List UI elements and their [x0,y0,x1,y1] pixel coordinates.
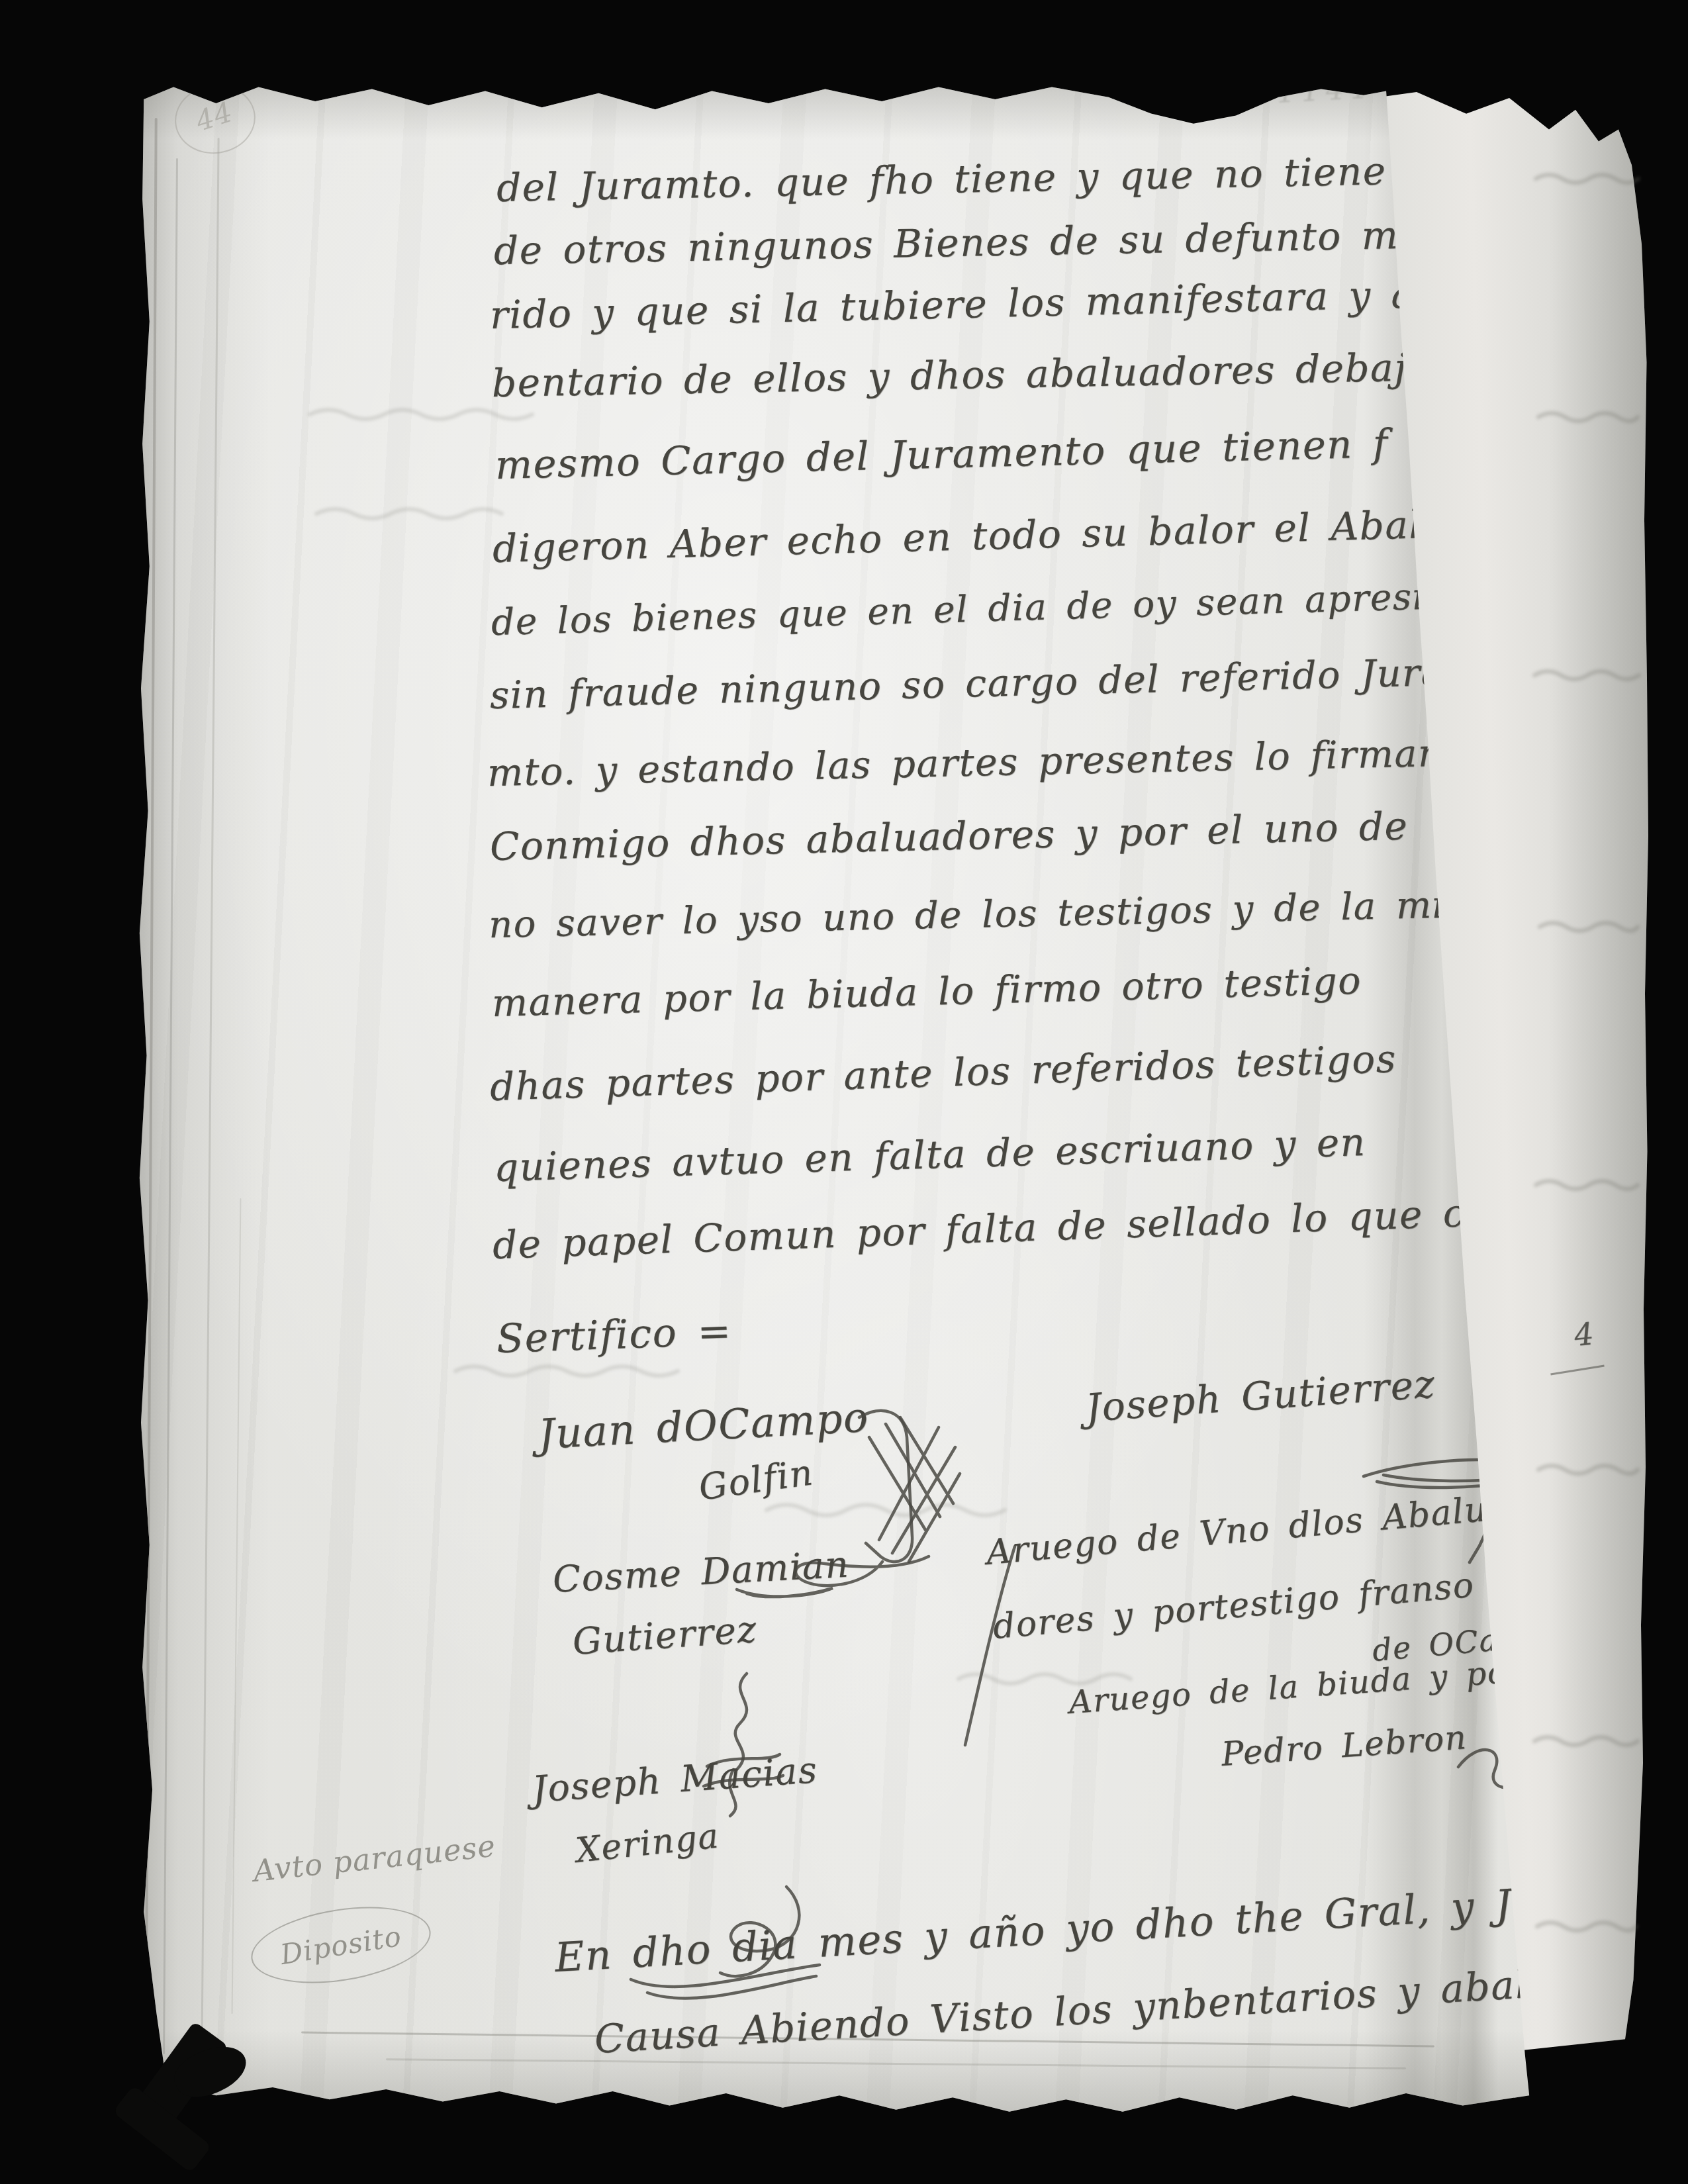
margin-note-deposito: Diposito [278,1919,404,1970]
bleedthrough-marks-right [1529,139,1648,2006]
right-margin-number: 4 [1572,1315,1596,1353]
manuscript-page: 44 1245 1141 del Juramto. que fho tiene … [131,77,1548,2116]
rubric-francisco-ocampo [952,1540,1031,1758]
photo-canvas: 4 44 1245 1141 [0,0,1688,2184]
folio-number: 44 [192,95,237,137]
manuscript-line: Sertifico = [496,1308,733,1362]
